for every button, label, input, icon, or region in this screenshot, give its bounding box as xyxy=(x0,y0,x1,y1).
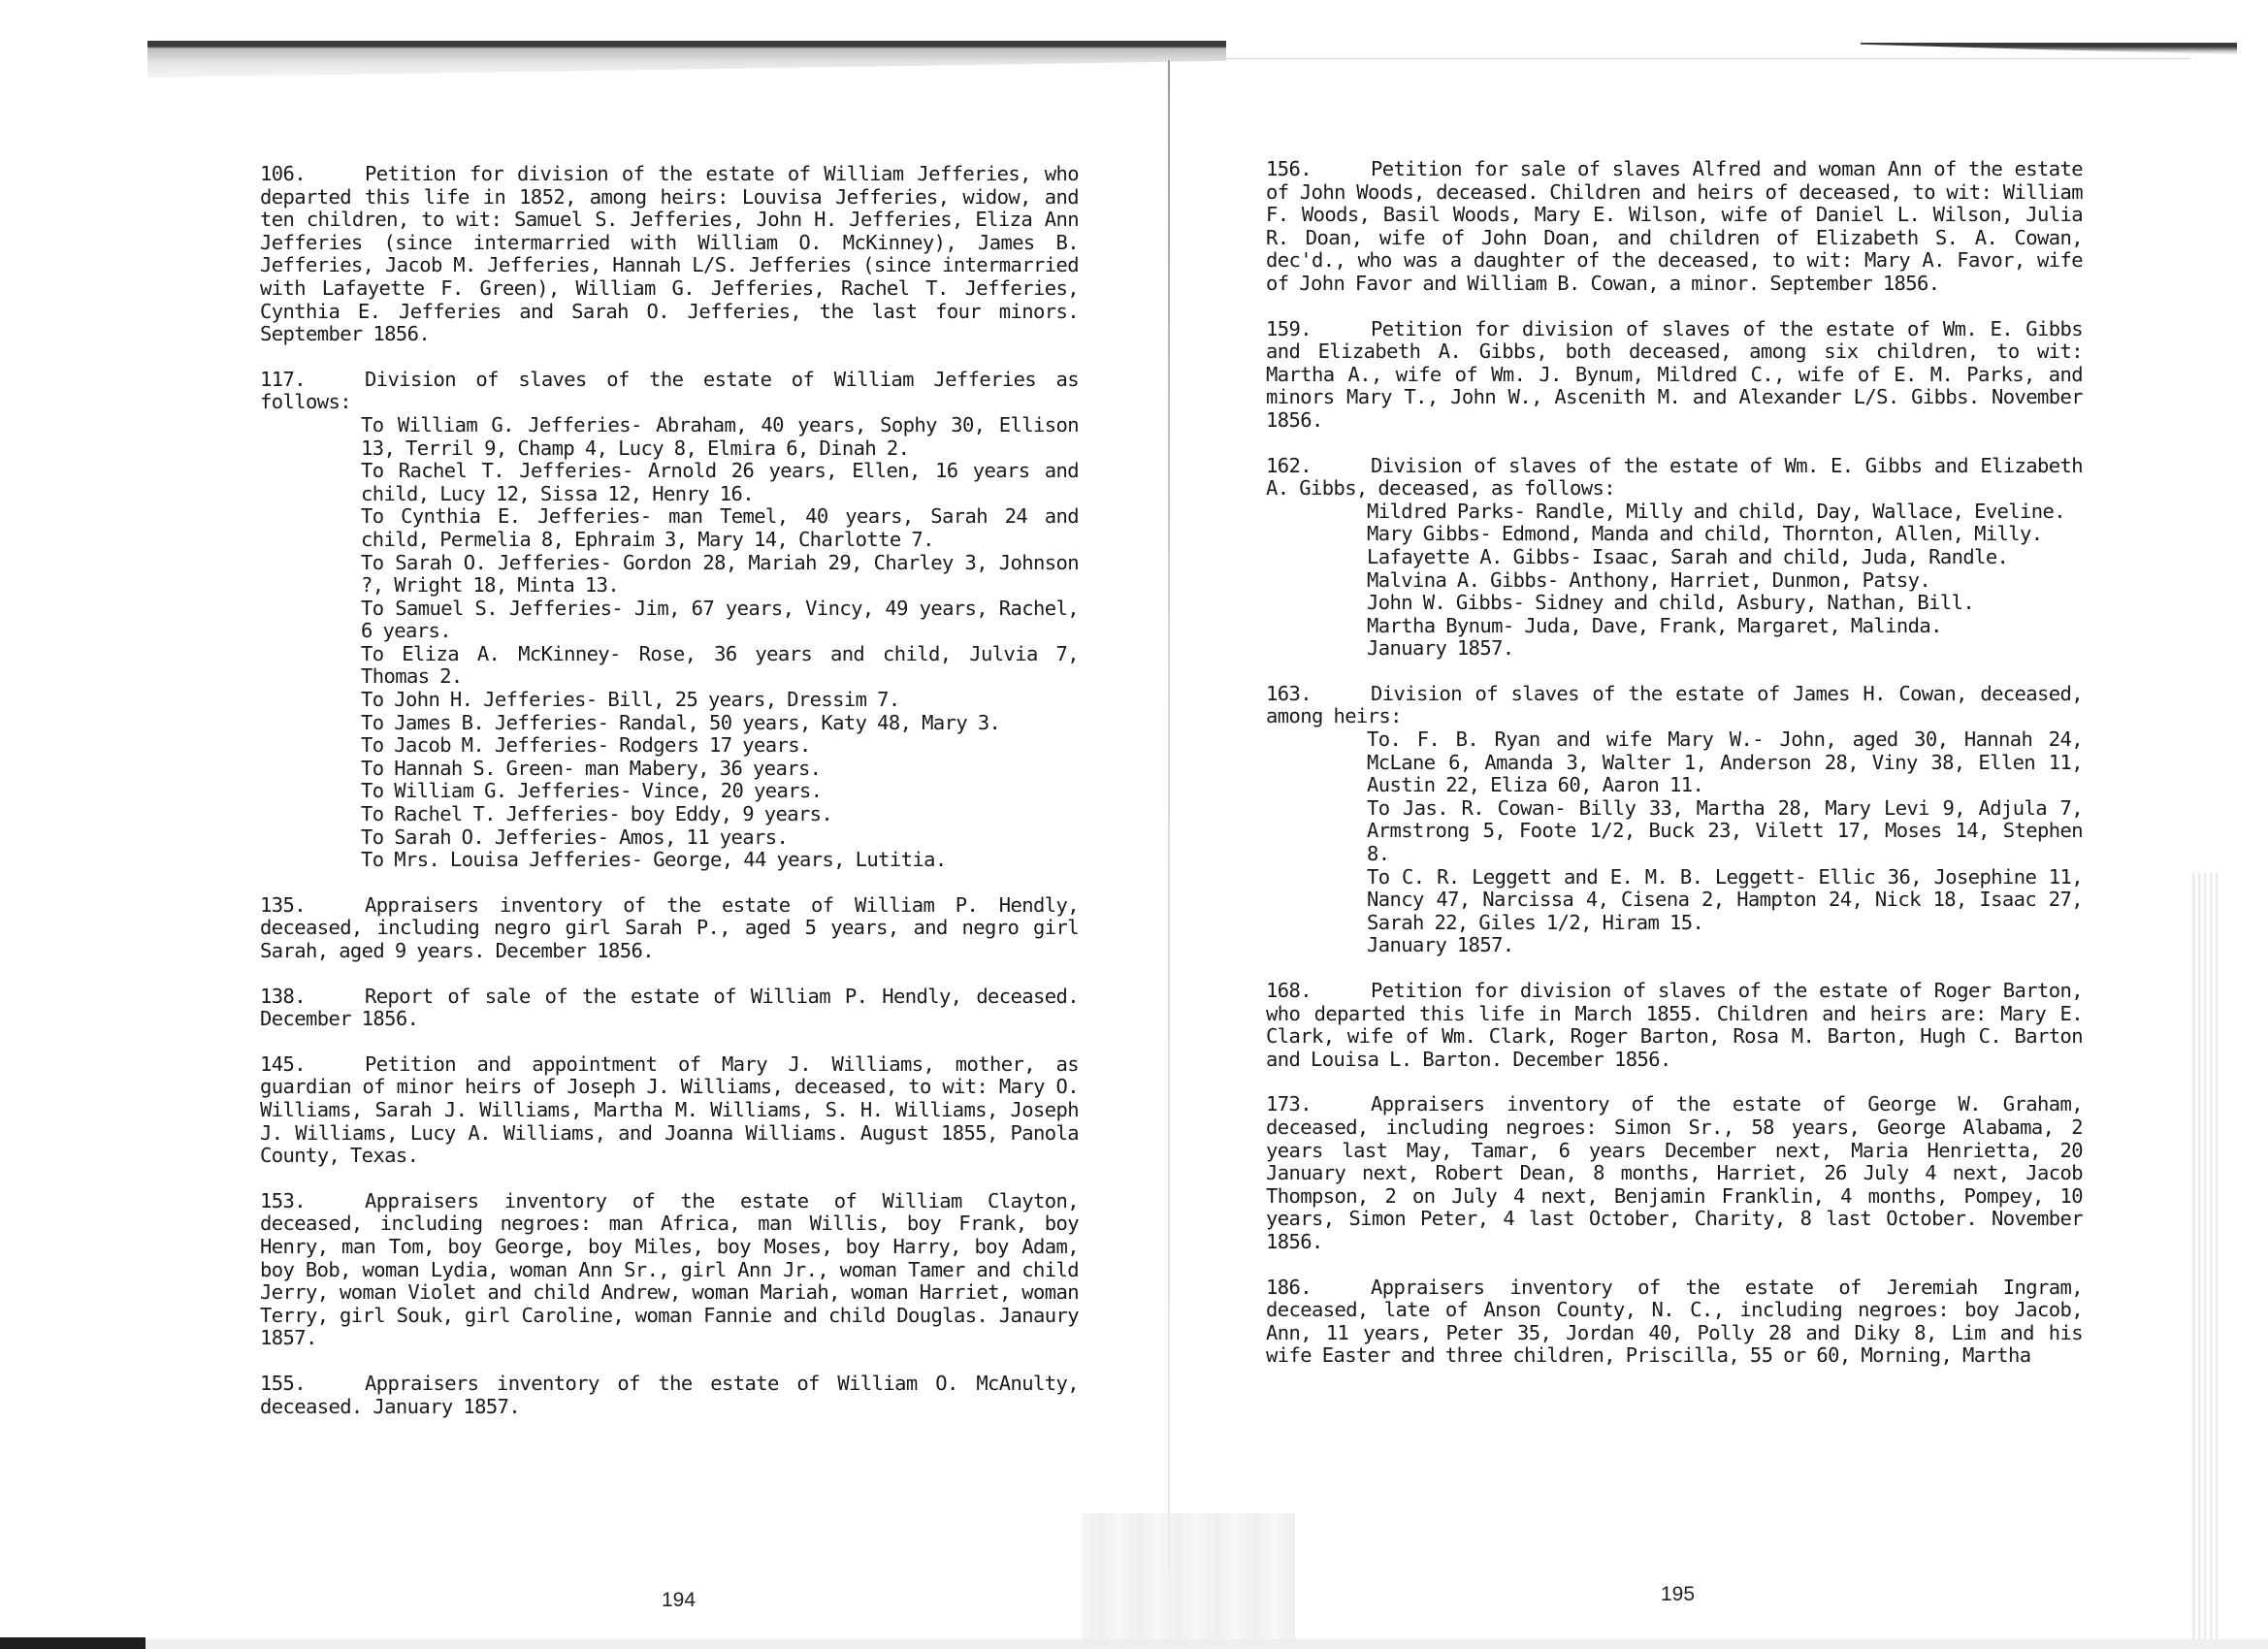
book-gutter xyxy=(1168,60,1170,1573)
allocation-item: John W. Gibbs- Sidney and child, Asbury,… xyxy=(1367,592,2083,615)
allocation-item: To Samuel S. Jefferies- Jim, 67 years, V… xyxy=(361,598,1079,643)
entry-163: 163.Division of slaves of the estate of … xyxy=(1266,683,2083,957)
allocation-list: To William G. Jefferies- Abraham, 40 yea… xyxy=(361,414,1079,872)
entry-145: 145.Petition and appointment of Mary J. … xyxy=(260,1053,1079,1168)
entry-106: 106.Petition for division of the estate … xyxy=(260,163,1079,346)
allocation-item: Mildred Parks- Randle, Milly and child, … xyxy=(1367,501,2083,524)
allocation-item: To James B. Jefferies- Randal, 50 years,… xyxy=(361,712,1079,735)
page-number-left: 194 xyxy=(662,1589,696,1612)
entry-date: January 1857. xyxy=(1367,637,2083,661)
allocation-item: To John H. Jefferies- Bill, 25 years, Dr… xyxy=(361,689,1079,712)
scan-bottom-strip xyxy=(146,1639,2268,1649)
allocation-item: Martha Bynum- Juda, Dave, Frank, Margare… xyxy=(1367,615,2083,638)
entry-138: 138.Report of sale of the estate of Will… xyxy=(260,986,1079,1031)
page-top-edge xyxy=(1182,58,2190,59)
entry-date: January 1857. xyxy=(1367,934,2083,957)
allocation-item: To. F. B. Ryan and wife Mary W.- John, a… xyxy=(1367,728,2083,797)
entry-162: 162.Division of slaves of the estate of … xyxy=(1266,455,2083,661)
allocation-item: To Jas. R. Cowan- Billy 33, Martha 28, M… xyxy=(1367,797,2083,866)
entry-173: 173.Appraisers inventory of the estate o… xyxy=(1266,1093,2083,1253)
allocation-item: To Jacob M. Jefferies- Rodgers 17 years. xyxy=(361,734,1079,758)
page-edge-right xyxy=(2192,873,2218,1639)
entry-159: 159.Petition for division of slaves of t… xyxy=(1266,318,2083,433)
allocation-item: To Rachel T. Jefferies- Arnold 26 years,… xyxy=(361,460,1079,505)
allocation-item: To Eliza A. McKinney- Rose, 36 years and… xyxy=(361,643,1079,689)
allocation-item: To C. R. Leggett and E. M. B. Leggett- E… xyxy=(1367,866,2083,935)
allocation-item: To William G. Jefferies- Vince, 20 years… xyxy=(361,780,1079,803)
allocation-list: Mildred Parks- Randle, Milly and child, … xyxy=(1367,501,2083,661)
allocation-item: To Sarah O. Jefferies- Gordon 28, Mariah… xyxy=(361,552,1079,598)
allocation-item: Lafayette A. Gibbs- Isaac, Sarah and chi… xyxy=(1367,546,2083,569)
entry-155: 155.Appraisers inventory of the estate o… xyxy=(260,1373,1079,1418)
entry-135: 135.Appraisers inventory of the estate o… xyxy=(260,894,1079,963)
scan-shadow-top-left xyxy=(147,41,1226,78)
gutter-shadow xyxy=(1082,1513,1295,1639)
left-page: 106.Petition for division of the estate … xyxy=(260,163,1079,1440)
scan-bottom-bar xyxy=(0,1637,146,1649)
allocation-list: To. F. B. Ryan and wife Mary W.- John, a… xyxy=(1367,728,2083,957)
allocation-item: To Sarah O. Jefferies- Amos, 11 years. xyxy=(361,826,1079,850)
right-page: 156.Petition for sale of slaves Alfred a… xyxy=(1266,158,2083,1390)
allocation-item: To Rachel T. Jefferies- boy Eddy, 9 year… xyxy=(361,803,1079,826)
allocation-item: To Hannah S. Green- man Mabery, 36 years… xyxy=(361,758,1079,781)
allocation-item: Mary Gibbs- Edmond, Manda and child, Tho… xyxy=(1367,523,2083,546)
scan-shadow-top-right xyxy=(1861,43,2237,54)
allocation-item: To William G. Jefferies- Abraham, 40 yea… xyxy=(361,414,1079,460)
entry-117: 117.Division of slaves of the estate of … xyxy=(260,369,1079,872)
entry-156: 156.Petition for sale of slaves Alfred a… xyxy=(1266,158,2083,296)
entry-168: 168.Petition for division of slaves of t… xyxy=(1266,980,2083,1071)
entry-186: 186.Appraisers inventory of the estate o… xyxy=(1266,1277,2083,1368)
allocation-item: To Cynthia E. Jefferies- man Temel, 40 y… xyxy=(361,505,1079,551)
allocation-item: To Mrs. Louisa Jefferies- George, 44 yea… xyxy=(361,849,1079,872)
allocation-item: Malvina A. Gibbs- Anthony, Harriet, Dunm… xyxy=(1367,569,2083,593)
page-number-right: 195 xyxy=(1661,1583,1695,1606)
entry-153: 153.Appraisers inventory of the estate o… xyxy=(260,1190,1079,1350)
